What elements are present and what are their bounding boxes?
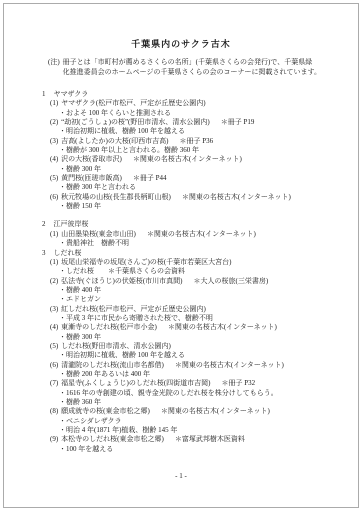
bullet-line: ・樹齢 360 年 xyxy=(42,398,358,407)
page-number: - 1 - xyxy=(4,472,358,480)
item-text: “劫初(ごうしょ)の桜”(野田市清水、清水公園内) xyxy=(61,118,210,126)
item-number: (1) xyxy=(50,230,58,238)
item-ref: ＊富塚武邦樹木医資料 xyxy=(175,435,245,443)
item-line: (2)弘法寺(ぐほうじ)の伏姫桜(市川市真間)＊大人の桜旅(三栄書房) xyxy=(42,277,358,286)
item-ref: ＊関東の名桜古木(インターネット) xyxy=(175,361,284,369)
section-heading: 3しだれ桜 xyxy=(42,249,358,258)
section-number: 3 xyxy=(42,249,46,257)
item-text: 東漸寺のしだれ桜(松戸市小金) xyxy=(61,323,157,331)
item-text: 山田墨染桜(東金市山田) xyxy=(61,230,136,238)
item-line: (8)願成就寺の桜(東金市松之郷)＊関東の名桜古木(インターネット) xyxy=(42,407,358,416)
section-heading: 1ヤマザクラ xyxy=(42,90,358,99)
item-number: (7) xyxy=(50,379,58,387)
item-text: 福星寺(ふくしょうじ)のしだれ桜(四街道市吉岡) xyxy=(61,379,210,387)
bullet-line: ・樹齢 300 年と言われる xyxy=(42,183,358,192)
bullet-line: ・樹齢 400 年 xyxy=(42,286,358,295)
item-line: (6)清瀧院のしだれ桜(流山市名都借)＊関東の名桜古木(インターネット) xyxy=(42,361,358,370)
bullet-line: ・ベニシダレザクラ xyxy=(42,417,358,426)
item-number: (6) xyxy=(50,193,58,201)
item-ref: ＊冊子 P19 xyxy=(221,118,255,126)
section: 3しだれ桜(1)坂尾山栄福寺の坂尾(さんご)の桜(千葉市若葉区大宮台)・しだれ桜… xyxy=(42,249,358,455)
item-text: 弘法寺(ぐほうじ)の伏姫桜(市川市真間) xyxy=(61,277,182,285)
item-ref: ＊関東の名桜古木(インターネット) xyxy=(182,193,291,201)
item-ref: ＊冊子 P36 xyxy=(180,137,214,145)
bullet-line: ・平成 3 年に市民から寄贈された桜で、樹齢不明 xyxy=(42,314,358,323)
section-number: 2 xyxy=(42,220,46,228)
item-ref: ＊関東の名桜古木(インターネット) xyxy=(147,230,256,238)
page-title: 千葉県内のサクラ古木 xyxy=(4,4,358,50)
item-number: (2) xyxy=(50,118,58,126)
item-number: (2) xyxy=(50,277,58,285)
section: 2江戸彼岸桜(1)山田墨染桜(東金市山田)＊関東の名桜古木(インターネット)・貴… xyxy=(42,220,358,248)
item-ref: ＊関東の名桜古木(インターネット) xyxy=(133,155,242,163)
item-text: 願成就寺の桜(東金市松之郷) xyxy=(61,407,150,415)
bullet-line: ・およそ 100 年くらいと推測される xyxy=(42,109,358,118)
bullet-line: ・貴船神社 樹齢不明 xyxy=(42,239,358,248)
item-text: 清瀧院のしだれ桜(流山市名都借) xyxy=(61,361,164,369)
bullet-line: ・明治 4 年(1871 年)植栽、樹齢 145 年 xyxy=(42,426,358,435)
item-line: (3)吉高(よしたか)の大桜(印西市吉高)＊冊子 P36 xyxy=(42,137,358,146)
item-text: 秋元牧場の山桜(長生郡長柄町山根) xyxy=(61,193,171,201)
item-ref: ＊大人の桜旅(三栄書房) xyxy=(194,277,269,285)
item-number: (5) xyxy=(50,342,58,350)
item-line: (9)本松寺のしだれ桜(東金市松之郷)＊富塚武邦樹木医資料 xyxy=(42,435,358,444)
bullet-line: ・樹齢が 300 年以上と言われる。樹齢 360 年 xyxy=(42,146,358,155)
item-text: 沢の大桜(香取市沢) xyxy=(61,155,122,163)
item-ref: ＊関東の名桜古木(インターネット) xyxy=(168,323,277,331)
item-line: (1)坂尾山栄福寺の坂尾(さんご)の桜(千葉市若葉区大宮台) xyxy=(42,258,358,267)
item-text: 吉高(よしたか)の大桜(印西市吉高) xyxy=(61,137,168,145)
item-line: (7)福星寺(ふくしょうじ)のしだれ桜(四街道市吉岡)＊冊子 P32 xyxy=(42,379,358,388)
item-line: (1)ヤマザクラ(松戸市松戸、戸定が丘歴史公園内) xyxy=(42,99,358,108)
item-number: (3) xyxy=(50,137,58,145)
item-line: (2)“劫初(ごうしょ)の桜”(野田市清水、清水公園内)＊冊子 P19 xyxy=(42,118,358,127)
note-paragraph: (注) 冊子とは「市町村が薦めるさくらの名所」(千葉県さくらの会発行)で、千葉県… xyxy=(48,58,358,77)
note-label: (注) xyxy=(48,58,60,77)
section-title: しだれ桜 xyxy=(54,249,82,257)
item-ref: ＊冊子 P44 xyxy=(133,174,167,182)
item-line: (1)山田墨染桜(東金市山田)＊関東の名桜古木(インターネット) xyxy=(42,230,358,239)
bullet-line: ・しだれ桜 ＊千葉県さくらの会資料 xyxy=(42,267,358,276)
bullet-line: ・1616 年の寺創建の頃、親寺金光院のしだれ桜を株分けしてもらう。 xyxy=(42,389,358,398)
item-number: (4) xyxy=(50,323,58,331)
section-number: 1 xyxy=(42,90,46,98)
item-number: (1) xyxy=(50,258,58,266)
section-heading: 2江戸彼岸桜 xyxy=(42,220,358,229)
item-text: 坂尾山栄福寺の坂尾(さんご)の桜(千葉市若葉区大宮台) xyxy=(61,258,231,266)
item-number: (4) xyxy=(50,155,58,163)
item-line: (4)東漸寺のしだれ桜(松戸市小金)＊関東の名桜古木(インターネット) xyxy=(42,323,358,332)
section-title: 江戸彼岸桜 xyxy=(54,220,89,228)
item-text: 紅しだれ桜(松戸市松戸、戸定が丘歴史公園内) xyxy=(61,305,206,313)
item-line: (5)しだれ桜(野田市清水、清水公園内) xyxy=(42,342,358,351)
bullet-line: ・明治初期に植栽、樹齢 100 年を越える xyxy=(42,351,358,360)
item-line: (4)沢の大桜(香取市沢)＊関東の名桜古木(インターネット) xyxy=(42,155,358,164)
item-number: (8) xyxy=(50,407,58,415)
item-number: (3) xyxy=(50,305,58,313)
bullet-line: ・樹齢 300 年 xyxy=(42,333,358,342)
bullet-line: ・エドヒガン xyxy=(42,295,358,304)
item-text: しだれ桜(野田市清水、清水公園内) xyxy=(61,342,171,350)
bullet-line: ・樹齢 200 年あるいは 400 年 xyxy=(42,370,358,379)
item-number: (6) xyxy=(50,361,58,369)
item-ref: ＊関東の名桜古木(インターネット) xyxy=(161,407,270,415)
bullet-line: ・明治初期に植栽、樹齢 100 年を越える xyxy=(42,127,358,136)
item-number: (9) xyxy=(50,435,58,443)
item-text: 黄門桜(匝瑳市飯高) xyxy=(61,174,122,182)
item-line: (6)秋元牧場の山桜(長生郡長柄町山根)＊関東の名桜古木(インターネット) xyxy=(42,193,358,202)
section: 1ヤマザクラ(1)ヤマザクラ(松戸市松戸、戸定が丘歴史公園内)・およそ 100 … xyxy=(42,90,358,211)
section-title: ヤマザクラ xyxy=(54,90,89,98)
item-ref: ＊冊子 P32 xyxy=(222,379,256,387)
note-line: 冊子とは「市町村が薦めるさくらの名所」(千葉県さくらの会発行)で、千葉県緑 xyxy=(63,58,321,68)
note-lines: 冊子とは「市町村が薦めるさくらの名所」(千葉県さくらの会発行)で、千葉県緑 化推… xyxy=(63,58,321,77)
bullet-line: ・樹齢 150 年 xyxy=(42,202,358,211)
item-text: ヤマザクラ(松戸市松戸、戸定が丘歴史公園内) xyxy=(61,99,205,107)
item-line: (3)紅しだれ桜(松戸市松戸、戸定が丘歴史公園内) xyxy=(42,305,358,314)
item-number: (1) xyxy=(50,99,58,107)
sakura-tree-list: 1ヤマザクラ(1)ヤマザクラ(松戸市松戸、戸定が丘歴史公園内)・およそ 100 … xyxy=(42,90,358,454)
document-page: 千葉県内のサクラ古木 (注) 冊子とは「市町村が薦めるさくらの名所」(千葉県さく… xyxy=(3,3,359,508)
bullet-line: ・100 年を越える xyxy=(42,445,358,454)
item-number: (5) xyxy=(50,174,58,182)
item-text: 本松寺のしだれ桜(東金市松之郷) xyxy=(61,435,164,443)
bullet-line: ・樹齢 300 年 xyxy=(42,165,358,174)
note-line: 化推進委員会のホームページの千葉県さくらの会のコーナーに掲載されています。 xyxy=(63,68,321,78)
